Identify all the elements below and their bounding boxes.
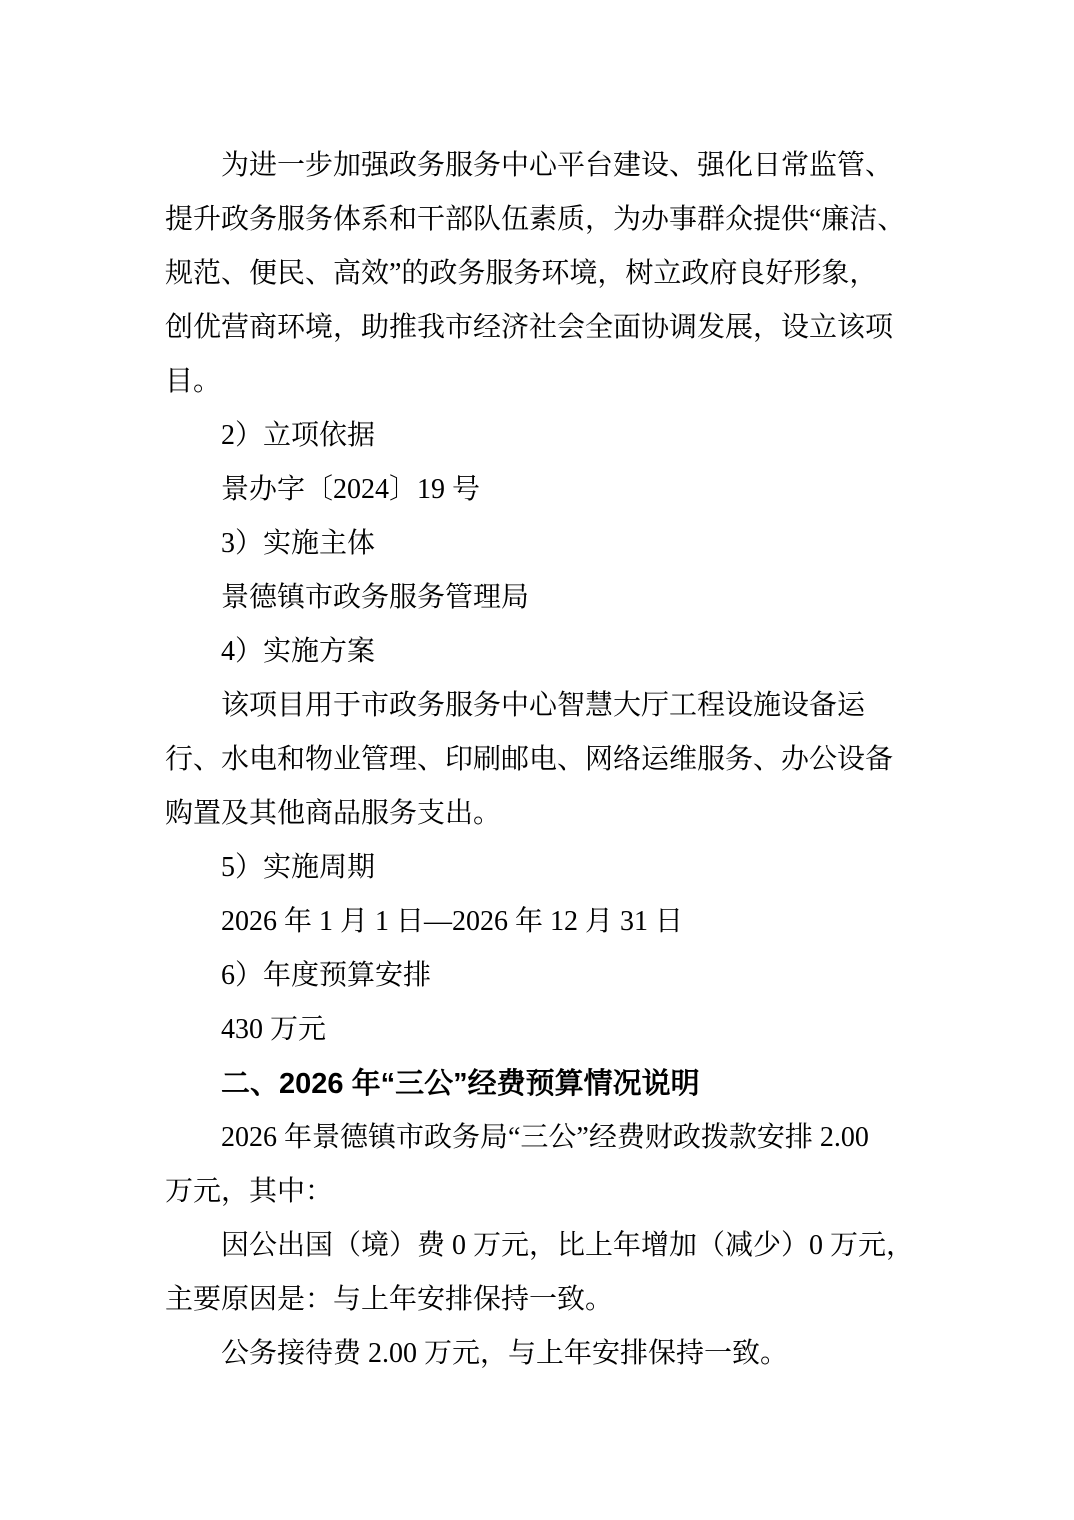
text-line: 行、水电和物业管理、印刷邮电、网络运维服务、办公设备: [165, 733, 927, 787]
text-line: 因公出国（境）费 0 万元，比上年增加（减少）0 万元，: [165, 1219, 927, 1273]
text-line: 5）实施周期: [165, 841, 927, 895]
document-body: 为进一步加强政务服务中心平台建设、强化日常监管、提升政务服务体系和干部队伍素质，…: [165, 139, 927, 1381]
text-line: 规范、便民、高效”的政务服务环境，树立政府良好形象，: [165, 247, 927, 301]
text-line: 3）实施主体: [165, 517, 927, 571]
text-line: 为进一步加强政务服务中心平台建设、强化日常监管、: [165, 139, 927, 193]
text-line: 该项目用于市政务服务中心智慧大厅工程设施设备运: [165, 679, 927, 733]
text-line: 2）立项依据: [165, 409, 927, 463]
text-line: 景德镇市政务服务管理局: [165, 571, 927, 625]
document-page: 为进一步加强政务服务中心平台建设、强化日常监管、提升政务服务体系和干部队伍素质，…: [0, 0, 1074, 1520]
section-heading: 二、2026 年“三公”经费预算情况说明: [165, 1057, 927, 1111]
text-line: 提升政务服务体系和干部队伍素质，为办事群众提供“廉洁、: [165, 193, 927, 247]
text-line: 4）实施方案: [165, 625, 927, 679]
text-line: 6）年度预算安排: [165, 949, 927, 1003]
text-line: 公务接待费 2.00 万元，与上年安排保持一致。: [165, 1327, 927, 1381]
text-line: 430 万元: [165, 1003, 927, 1057]
text-line: 主要原因是：与上年安排保持一致。: [165, 1273, 927, 1327]
text-line: 景办字〔2024〕19 号: [165, 463, 927, 517]
text-line: 目。: [165, 355, 927, 409]
text-line: 创优营商环境，助推我市经济社会全面协调发展，设立该项: [165, 301, 927, 355]
text-line: 2026 年景德镇市政务局“三公”经费财政拨款安排 2.00: [165, 1111, 927, 1165]
text-line: 2026 年 1 月 1 日—2026 年 12 月 31 日: [165, 895, 927, 949]
text-line: 购置及其他商品服务支出。: [165, 787, 927, 841]
text-line: 万元，其中：: [165, 1165, 927, 1219]
